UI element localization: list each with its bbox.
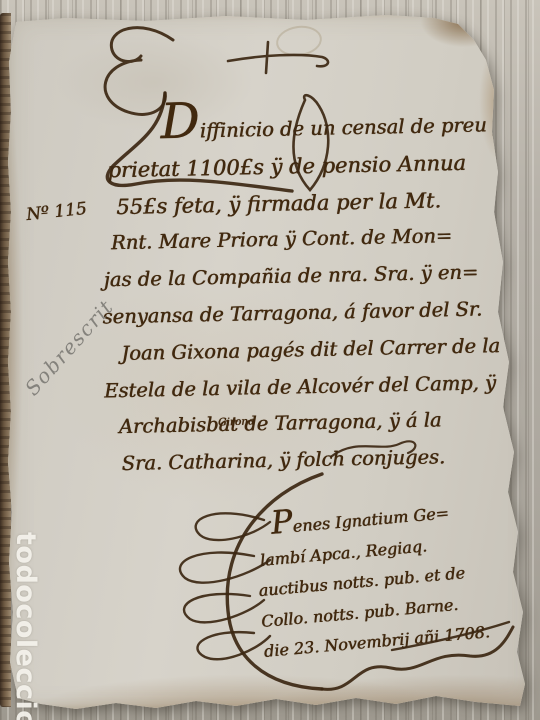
manuscript-photo: Nº 115 Diffinicio de un censal de preu y… (0, 0, 540, 720)
signature-tail-flourish-icon (322, 627, 513, 689)
paraph-loops-icon (180, 513, 270, 659)
opening-swash-icon (107, 93, 292, 191)
watermark-text: todocoleccion (10, 532, 41, 718)
ascender-flourish-icon (332, 441, 415, 456)
invocation-cross-icon (228, 42, 328, 73)
initial-ascender-swash-icon (294, 95, 329, 190)
ink-flourishes (0, 0, 540, 720)
notarial-paraph-icon (227, 474, 322, 689)
date-underline-icon (392, 622, 509, 650)
